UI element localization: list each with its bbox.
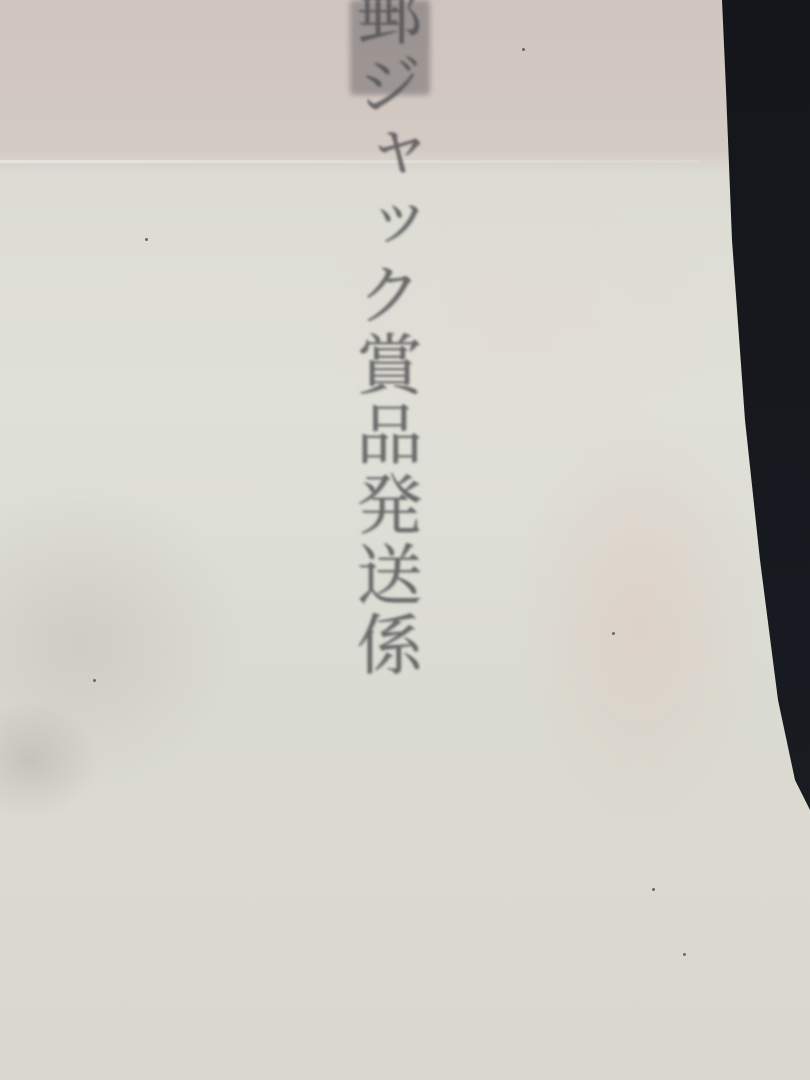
paper-speck <box>612 632 615 635</box>
paper-speck <box>683 953 686 956</box>
paper-speck <box>652 888 655 891</box>
paper-speck <box>145 238 148 241</box>
paper-speck <box>522 48 525 51</box>
stamp-main-text: ジャック賞品発送係 <box>345 50 422 680</box>
vertical-stamp-text: 郵ジャック賞品発送係 <box>338 0 428 1020</box>
stamp-top-fragment: 郵 <box>345 0 422 50</box>
paper-shadow <box>0 700 100 820</box>
paper-speck <box>93 679 96 682</box>
aged-paper: 郵ジャック賞品発送係 <box>0 0 810 1080</box>
photo-scene: 郵ジャック賞品発送係 <box>0 0 810 1080</box>
